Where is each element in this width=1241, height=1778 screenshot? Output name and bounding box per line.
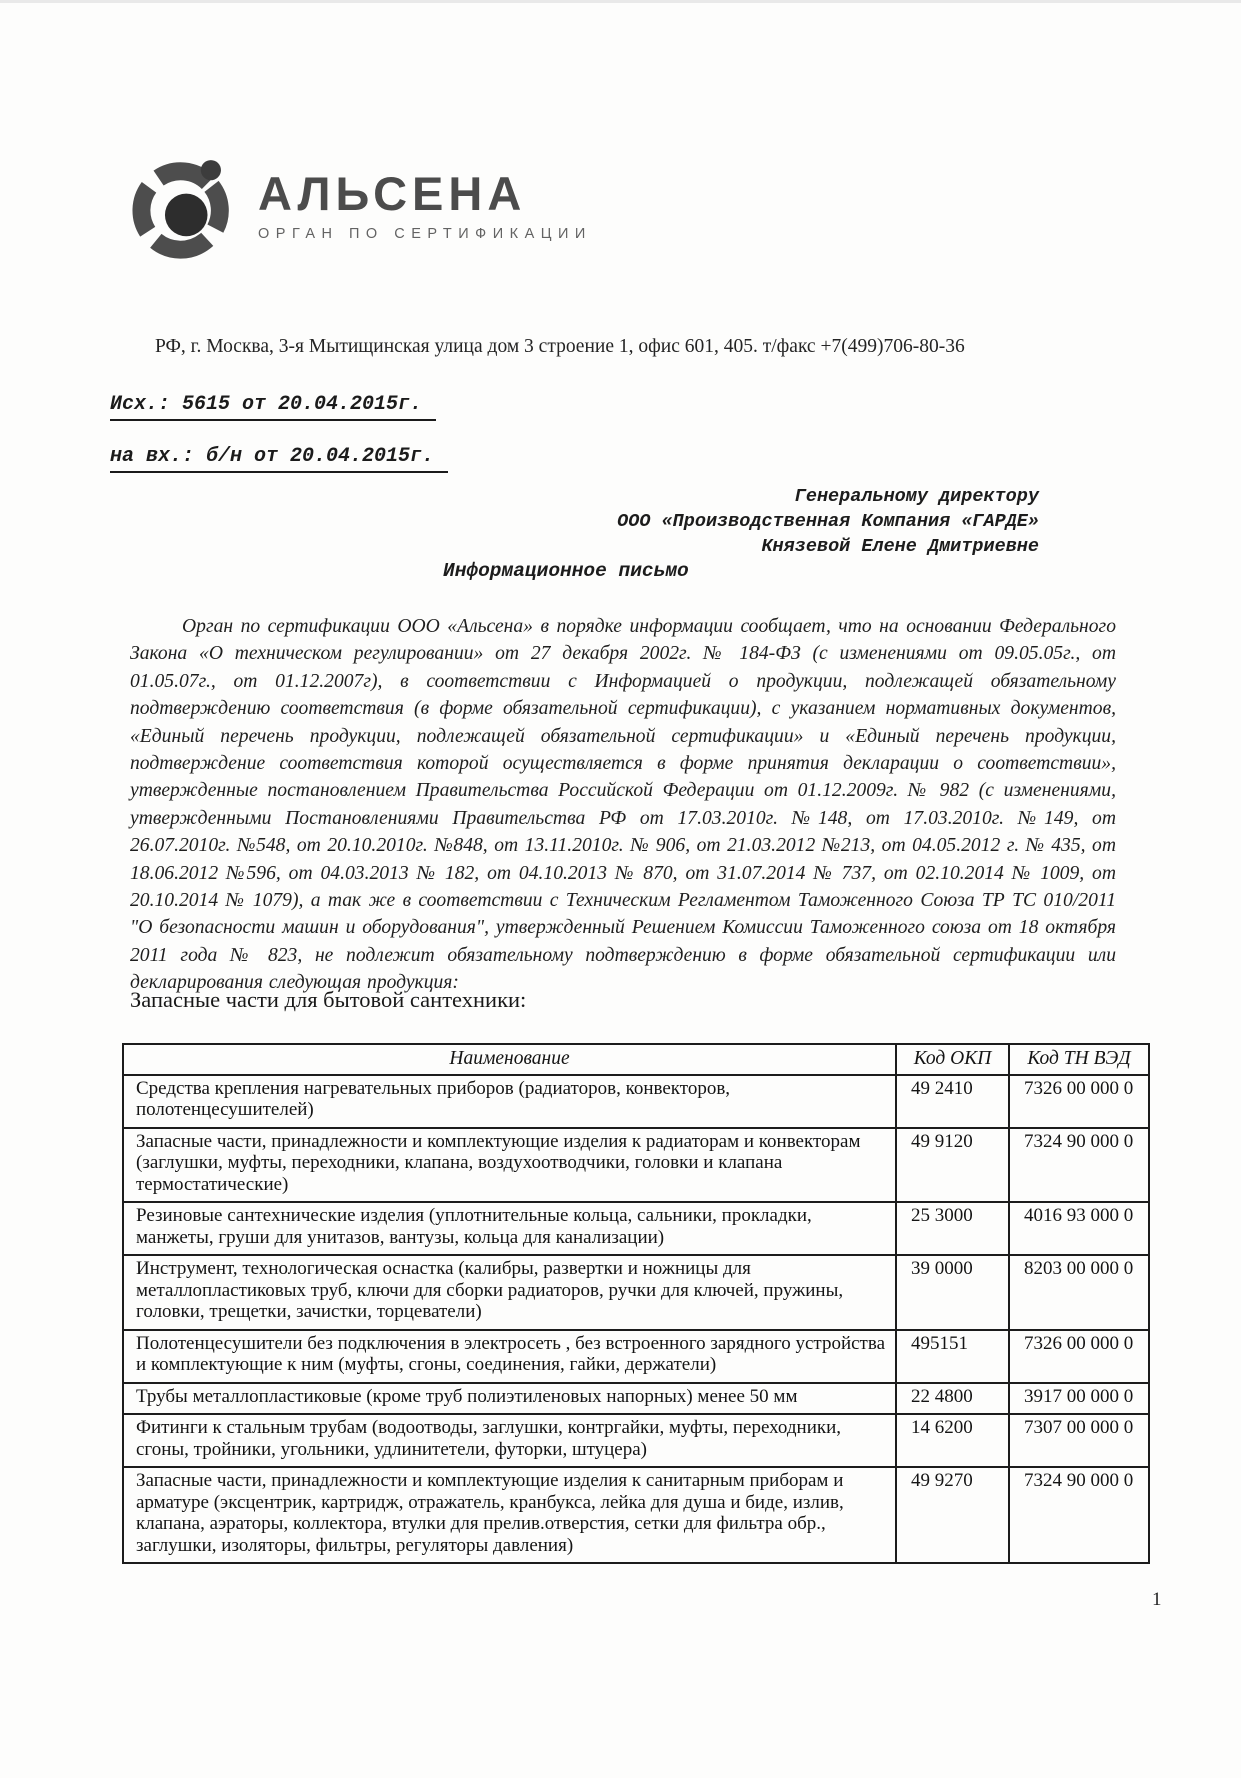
table-row: Резиновые сантехнические изделия (уплотн… xyxy=(123,1202,1149,1255)
okp-code-cell: 49 9120 xyxy=(896,1128,1009,1203)
tnved-code-cell: 8203 00 000 0 xyxy=(1009,1255,1149,1330)
tnved-code-cell: 7324 90 000 0 xyxy=(1009,1128,1149,1203)
product-name-cell: Инструмент, технологическая оснастка (ка… xyxy=(123,1255,896,1330)
column-header-tnved-code: Код ТН ВЭД xyxy=(1009,1044,1149,1075)
tnved-code-cell: 7326 00 000 0 xyxy=(1009,1075,1149,1128)
tnved-code-cell: 7307 00 000 0 xyxy=(1009,1414,1149,1467)
tnved-code-cell: 4016 93 000 0 xyxy=(1009,1202,1149,1255)
okp-code-cell: 49 2410 xyxy=(896,1075,1009,1128)
table-row: Инструмент, технологическая оснастка (ка… xyxy=(123,1255,1149,1330)
tnved-code-cell: 7324 90 000 0 xyxy=(1009,1467,1149,1563)
aperture-target-logo-icon xyxy=(128,146,240,266)
product-name-cell: Полотенцесушители без подключения в элек… xyxy=(123,1330,896,1383)
product-name-cell: Запасные части, принадлежности и комплек… xyxy=(123,1128,896,1203)
table-header-row: Наименование Код ОКП Код ТН ВЭД xyxy=(123,1044,1149,1075)
okp-code-cell: 49 9270 xyxy=(896,1467,1009,1563)
products-table: Наименование Код ОКП Код ТН ВЭД Средства… xyxy=(122,1043,1150,1564)
scanned-letter-page: АЛЬСЕНА ОРГАН ПО СЕРТИФИКАЦИИ РФ, г. Мос… xyxy=(0,0,1241,1778)
okp-code-cell: 25 3000 xyxy=(896,1202,1009,1255)
outgoing-reference-line: Исх.: 5615 от 20.04.2015г. xyxy=(110,393,436,421)
tnved-code-cell: 7326 00 000 0 xyxy=(1009,1330,1149,1383)
tnved-code-cell: 3917 00 000 0 xyxy=(1009,1383,1149,1415)
product-name-cell: Трубы металлопластиковые (кроме труб пол… xyxy=(123,1383,896,1415)
table-row: Фитинги к стальным трубам (водоотводы, з… xyxy=(123,1414,1149,1467)
okp-code-cell: 14 6200 xyxy=(896,1414,1009,1467)
certification-body-logo: АЛЬСЕНА ОРГАН ПО СЕРТИФИКАЦИИ xyxy=(128,146,592,266)
addressee-person: Князевой Елене Дмитриевне xyxy=(617,534,1039,559)
logo-company-name: АЛЬСЕНА xyxy=(258,170,592,217)
okp-code-cell: 22 4800 xyxy=(896,1383,1009,1415)
product-name-cell: Фитинги к стальным трубам (водоотводы, з… xyxy=(123,1414,896,1467)
table-row: Трубы металлопластиковые (кроме труб пол… xyxy=(123,1383,1149,1415)
table-row: Запасные части, принадлежности и комплек… xyxy=(123,1467,1149,1563)
logo-text-block: АЛЬСЕНА ОРГАН ПО СЕРТИФИКАЦИИ xyxy=(258,170,592,242)
product-name-cell: Запасные части, принадлежности и комплек… xyxy=(123,1467,896,1563)
product-name-cell: Средства крепления нагревательных прибор… xyxy=(123,1075,896,1128)
page-number: 1 xyxy=(1152,1589,1162,1611)
letter-title: Информационное письмо xyxy=(443,560,689,582)
company-address-line: РФ, г. Москва, 3-я Мытищинская улица дом… xyxy=(155,336,1055,358)
table-row: Запасные части, принадлежности и комплек… xyxy=(123,1128,1149,1203)
column-header-name: Наименование xyxy=(123,1044,896,1075)
table-row: Средства крепления нагревательных прибор… xyxy=(123,1075,1149,1128)
column-header-okp-code: Код ОКП xyxy=(896,1044,1009,1075)
letter-body-paragraph: Орган по сертификации ООО «Альсена» в по… xyxy=(130,613,1116,997)
product-name-cell: Резиновые сантехнические изделия (уплотн… xyxy=(123,1202,896,1255)
okp-code-cell: 495151 xyxy=(896,1330,1009,1383)
addressee-block: Генеральному директору ООО «Производстве… xyxy=(617,484,1039,559)
addressee-position: Генеральному директору xyxy=(617,484,1039,509)
addressee-company: ООО «Производственная Компания «ГАРДЕ» xyxy=(617,509,1039,534)
products-section-heading: Запасные части для бытовой сантехники: xyxy=(130,987,526,1013)
table-row: Полотенцесушители без подключения в элек… xyxy=(123,1330,1149,1383)
logo-subtitle: ОРГАН ПО СЕРТИФИКАЦИИ xyxy=(258,226,592,242)
incoming-reference-line: на вх.: б/н от 20.04.2015г. xyxy=(110,445,448,473)
okp-code-cell: 39 0000 xyxy=(896,1255,1009,1330)
